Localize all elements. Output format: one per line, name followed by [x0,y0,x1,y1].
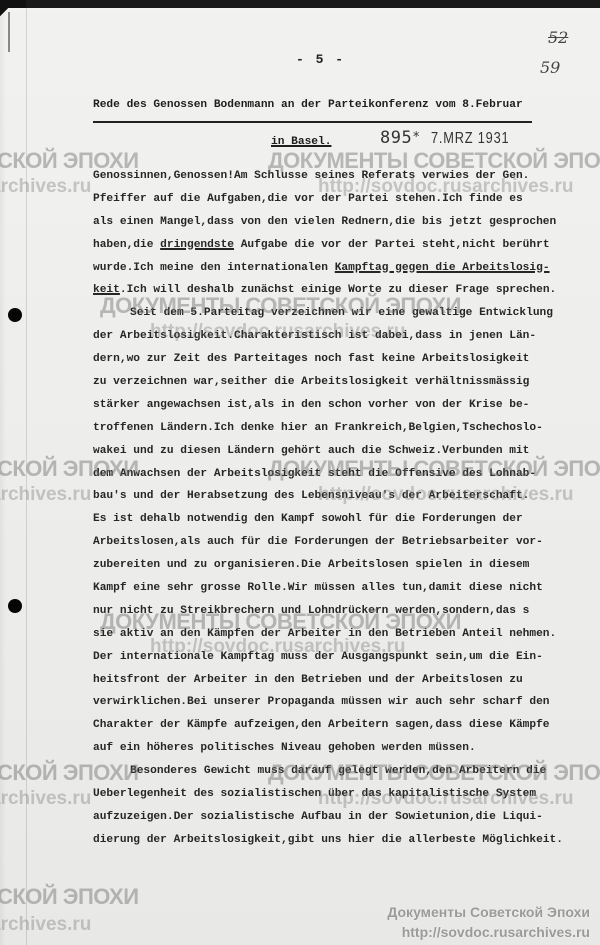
text-line: Arbeitslosen,als auch für die Forderunge… [93,531,593,554]
archive-credit-url: http://sovdoc.rusarchives.ru [402,924,590,940]
text-line: verwirklichen.Bei unserer Propaganda müs… [93,691,593,714]
document-subtitle: in Basel. [271,136,331,148]
text-line: haben,die dringendste Aufgabe die vor de… [93,234,593,257]
text-line: zu verzeichnen war,seither die Arbeitslo… [93,371,593,394]
stamp-number: 895 [380,128,412,148]
punch-hole [8,599,22,613]
watermark-url: archives.ru [0,176,91,198]
folio-number-crossed: 52 [548,28,568,47]
text-line: keit.Ich will deshalb zunächst einige Wo… [93,279,593,302]
document-page: 52 59 - 5 - Rede des Genossen Bodenmann … [0,8,600,945]
archive-stamp: 895* 7.MRZ 1931 [380,128,529,148]
text-line: zubereiten und zu organisieren.Die Arbei… [93,554,593,577]
text-line: dierung der Arbeitslosigkeit,gibt uns hi… [93,829,593,852]
watermark-url: archives.ru [0,914,91,936]
text-line: Seit dem 5.Parteitag verzeichnen wir ein… [93,302,593,325]
stamp-date: 7.MRZ 1931 [431,130,509,148]
text-line: sie aktiv an den Kämpfen der Arbeiter in… [93,623,593,646]
text-line: wakei und zu diesen Ländern gehört auch … [93,440,593,463]
text-line: Ueberlegenheit des sozialistischen über … [93,783,593,806]
text-segment: .Ich will deshalb zunächst einige Worte … [120,284,556,296]
underlined-text: keit [93,284,120,296]
text-segment: haben,die [93,239,160,251]
text-segment: wurde.Ich meine den internationalen [93,262,335,274]
text-line: stärker angewachsen ist,als in den schon… [93,394,593,417]
text-line: troffenen Ländern.Ich denke hier an Fran… [93,417,593,440]
text-segment: Aufgabe die vor der Partei steht,nicht b… [234,239,550,251]
text-line: als einen Mangel,dass von den vielen Red… [93,211,593,234]
star-icon: * [412,130,420,145]
text-line: bau's und der Herabsetzung des Lebensniv… [93,485,593,508]
page-number: - 5 - [296,52,345,67]
text-line: Besonderes Gewicht muss darauf gelegt we… [93,760,593,783]
text-line: Kampf eine sehr grosse Rolle.Wir müssen … [93,577,593,600]
underlined-text: Kampftag gegen die Arbeitslosig- [335,262,550,274]
text-line: auf ein höheres politisches Niveau gehob… [93,737,593,760]
document-title: Rede des Genossen Bodenmann an der Parte… [93,99,523,111]
text-line: dern,wo zur Zeit des Parteitages noch fa… [93,348,593,371]
watermark-url: archives.ru [0,484,91,506]
watermark-url: archives.ru [0,788,91,810]
text-line: Charakter der Kämpfe aufzeigen,den Arbei… [93,714,593,737]
title-rule [93,121,532,123]
text-line: Es ist dehalb notwendig den Kampf sowohl… [93,508,593,531]
margin-mark [8,12,10,52]
archive-credit-title: Документы Советской Эпохи [387,904,590,920]
text-line: heitsfront der Arbeiter in den Betrieben… [93,669,593,692]
watermark-text: ТСКОЙ ЭПОХИ [0,884,139,910]
text-line: Der internationale Kampftag muss der Aus… [93,646,593,669]
document-body: Genossinnen,Genossen!Am Schlusse seines … [93,165,593,852]
text-line: aufzuzeigen.Der sozialistische Aufbau in… [93,806,593,829]
underlined-text: dringendste [160,239,234,251]
text-line: wurde.Ich meine den internationalen Kamp… [93,257,593,280]
text-line: nur nicht zu Streikbrechern und Lohndrüc… [93,600,593,623]
text-line: Genossinnen,Genossen!Am Schlusse seines … [93,165,593,188]
text-line: der Arbeitslosigkeit.Charakteristisch is… [93,325,593,348]
punch-hole [8,308,22,322]
text-line: dem Anwachsen der Arbeitslosigkeit steht… [93,463,593,486]
text-line: Pfeiffer auf die Aufgaben,die vor der Pa… [93,188,593,211]
folio-number: 59 [540,58,560,77]
